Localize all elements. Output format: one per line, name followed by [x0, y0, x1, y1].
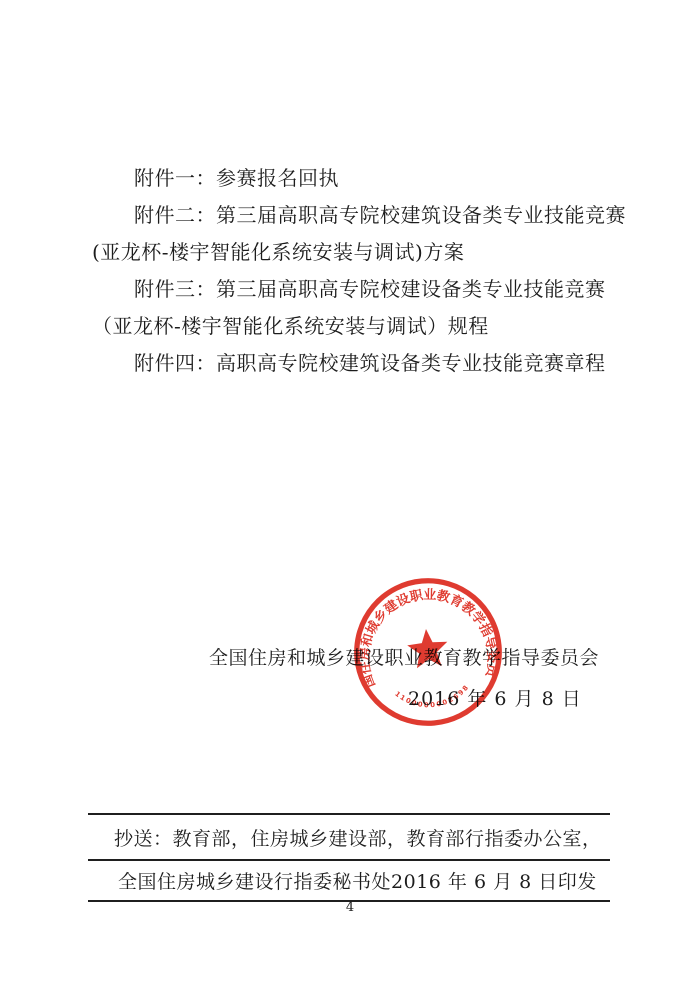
attachment-line: 附件四：高职高专院校建筑设备类专业技能竞赛章程: [92, 345, 610, 382]
print-date: 2016 年 6 月 8 日印发: [391, 867, 597, 894]
seal-serial-number: 1100000002698: [393, 683, 472, 712]
issuer-row: 全国住房城乡建设行指委秘书处 2016 年 6 月 8 日印发: [88, 861, 610, 900]
seal-star-icon: [406, 627, 449, 669]
attachment-line: 附件一：参赛报名回执: [92, 160, 610, 197]
attachment-list: 附件一：参赛报名回执 附件二：第三届高职高专院校建筑设备类专业技能竞赛 (亚龙杯…: [0, 160, 700, 382]
issuer-name: 全国住房城乡建设行指委秘书处: [118, 867, 391, 894]
attachment-line: (亚龙杯-楼宇智能化系统安装与调试)方案: [92, 234, 610, 271]
attachment-line: （亚龙杯-楼宇智能化系统安装与调试）规程: [92, 308, 610, 345]
distribution-footer: 抄送：教育部，住房城乡建设部，教育部行指委办公室， 全国住房城乡建设行指委秘书处…: [88, 813, 610, 902]
document-page: 附件一：参赛报名回执 附件二：第三届高职高专院校建筑设备类专业技能竞赛 (亚龙杯…: [0, 0, 700, 990]
official-seal: 全国住房和城乡建设职业教育教学指导委员会 1100000002698: [345, 569, 512, 736]
attachment-line: 附件二：第三届高职高专院校建筑设备类专业技能竞赛: [92, 197, 610, 234]
cc-line: 抄送：教育部，住房城乡建设部，教育部行指委办公室，: [88, 815, 610, 861]
attachment-line: 附件三：第三届高职高专院校建设备类专业技能竞赛: [92, 271, 610, 308]
seal-ring-text: 全国住房和城乡建设职业教育教学指导委员会: [345, 569, 503, 692]
page-number: 4: [0, 900, 700, 915]
